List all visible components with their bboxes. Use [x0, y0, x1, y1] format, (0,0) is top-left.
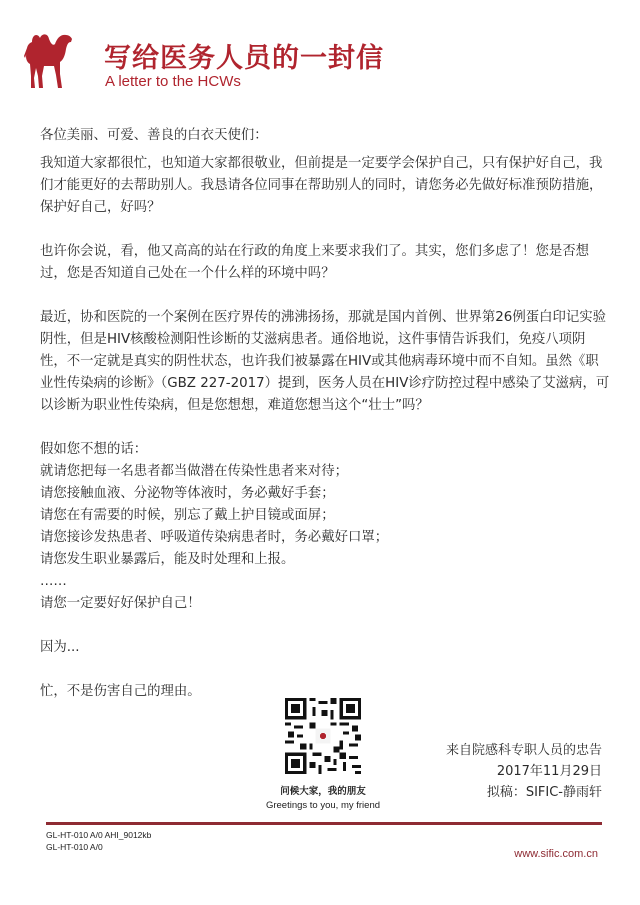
letter-paragraph: 也许你会说，看，他又高高的站在行政的角度上来要求我们了。其实，您们多虑了！您是否…: [40, 241, 610, 285]
list-item: 请您接诊发热患者、呼吸道传染病患者时，务必戴好口罩；: [40, 527, 610, 549]
letter-paragraph: 我知道大家都很忙，也知道大家都很敬业，但前提是一定要学会保护自己，只有保护好自己…: [40, 153, 610, 219]
signature-source: 来自院感科专职人员的忠告: [446, 740, 602, 761]
page-subtitle: A letter to the HCWs: [105, 73, 241, 90]
document-code: GL-HT-010 A/0 AHI_9012kb: [46, 829, 151, 841]
list-item: 请您接触血液、分泌物等体液时，务必戴好手套；: [40, 483, 610, 505]
footer-codes: GL-HT-010 A/0 AHI_9012kb GL-HT-010 A/0: [46, 829, 151, 853]
list-item: 请您在有需要的时候，别忘了戴上护目镜或面屏；: [40, 505, 610, 527]
document-code: GL-HT-010 A/0: [46, 841, 151, 853]
list-intro: 假如您不想的话：: [40, 439, 610, 461]
qr-caption-en: Greetings to you, my friend: [258, 800, 388, 811]
list-item: 请您发生职业暴露后，能及时处理和上报。: [40, 549, 610, 571]
letter-greeting: 各位美丽、可爱、善良的白衣天使们：: [40, 125, 610, 147]
signature-author: 拟稿：SIFIC-静雨轩: [446, 782, 602, 803]
camel-icon: [22, 30, 94, 92]
list-item: 就请您把每一名患者都当做潜在传染性患者来对待；: [40, 461, 610, 483]
letter-body: 各位美丽、可爱、善良的白衣天使们： 我知道大家都很忙，也知道大家都很敬业，但前提…: [40, 125, 610, 703]
closing-plea: 请您一定要好好保护自己！: [40, 593, 610, 615]
page-title: 写给医务人员的一封信: [104, 36, 384, 75]
footer-divider: [46, 822, 602, 825]
footer-website-link[interactable]: www.sific.com.cn: [514, 848, 598, 860]
letter-header: 写给医务人员的一封信 A letter to the HCWs: [22, 30, 622, 110]
qr-code-icon[interactable]: [285, 698, 361, 774]
ellipsis: ……: [40, 571, 610, 593]
qr-block: 问候大家，我的朋友 Greetings to you, my friend: [258, 698, 388, 811]
signature-block: 来自院感科专职人员的忠告 2017年11月29日 拟稿：SIFIC-静雨轩: [446, 740, 602, 803]
because-line: 因为...: [40, 637, 610, 659]
letter-paragraph: 最近，协和医院的一个案例在医疗界传的沸沸扬扬，那就是国内首例、世界第26例蛋白印…: [40, 307, 610, 417]
qr-caption-cn: 问候大家，我的朋友: [258, 783, 388, 797]
signature-date: 2017年11月29日: [446, 761, 602, 782]
